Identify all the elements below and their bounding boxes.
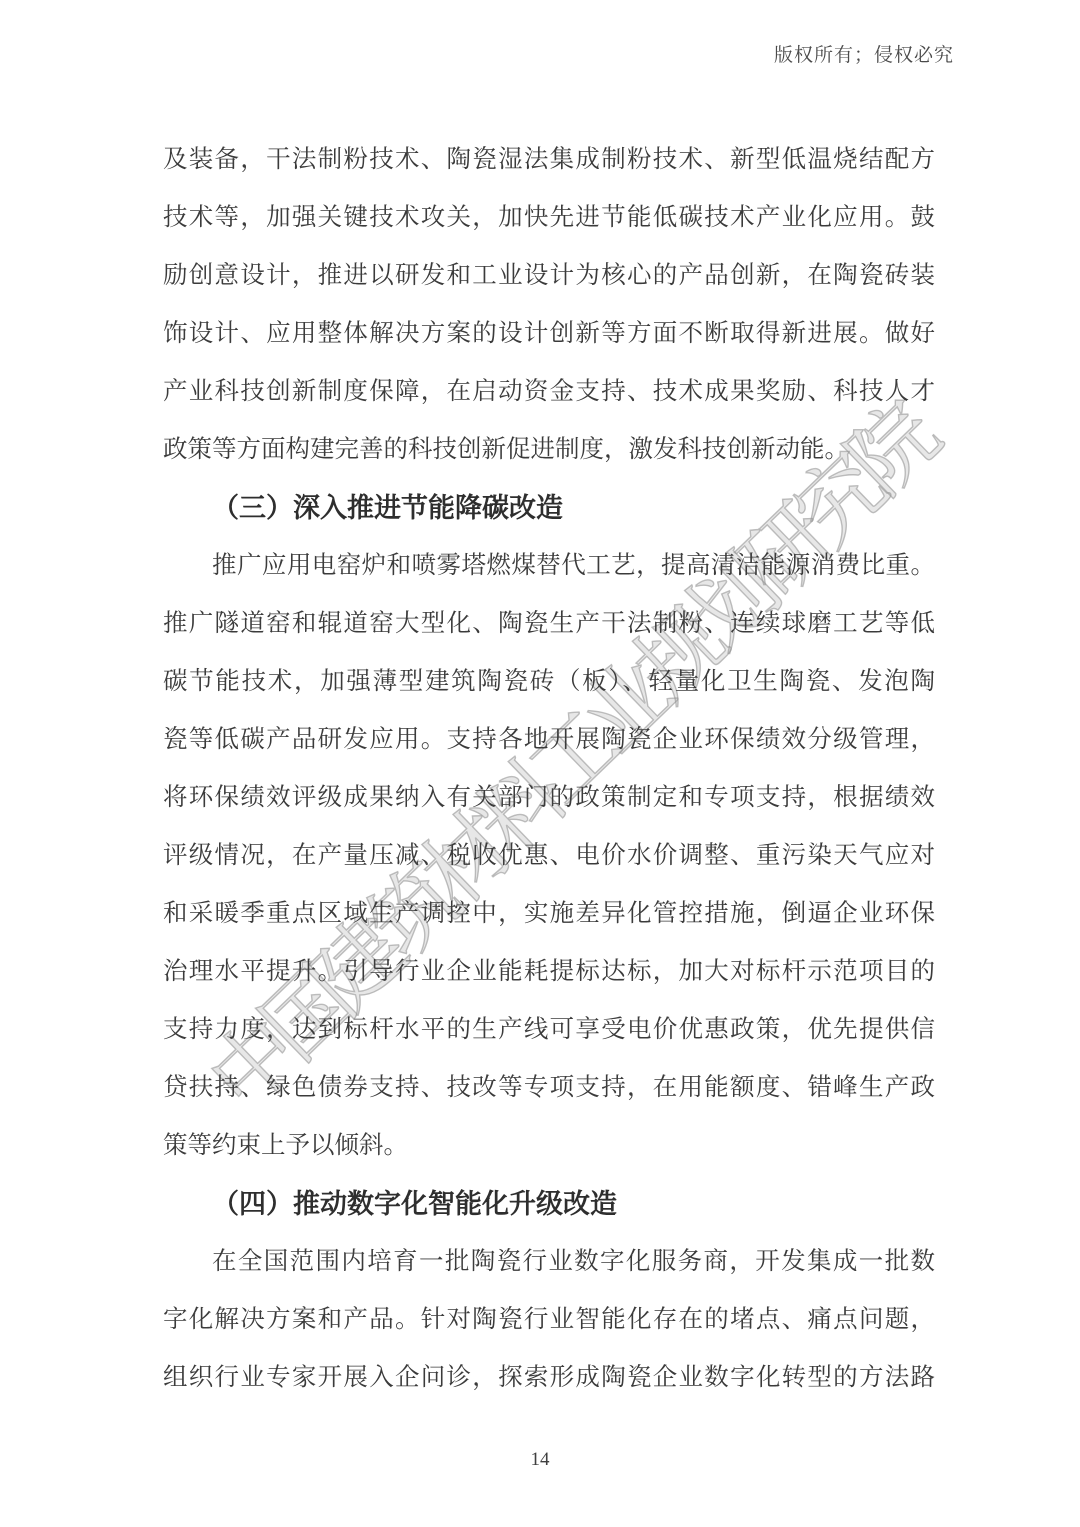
text-line: 策等约束上予以倾斜。 (163, 1117, 935, 1175)
text-line: 将环保绩效评级成果纳入有关部门的政策制定和专项支持，根据绩效 (163, 769, 935, 827)
text-line: 励创意设计，推进以研发和工业设计为核心的产品创新，在陶瓷砖装 (163, 247, 935, 305)
document-page: 版权所有；侵权必究 中国建筑材料工业规划研究院 及装备，干法制粉技术、陶瓷湿法集… (0, 0, 1080, 1527)
copyright-notice: 版权所有；侵权必究 (774, 40, 954, 67)
text-line: 产业科技创新制度保障，在启动资金支持、技术成果奖励、科技人才 (163, 363, 935, 421)
text-line: 贷扶持、绿色债券支持、技改等专项支持，在用能额度、错峰生产政 (163, 1059, 935, 1117)
section-heading-4: （四）推动数字化智能化升级改造 (163, 1175, 935, 1233)
text-line: 瓷等低碳产品研发应用。支持各地开展陶瓷企业环保绩效分级管理， (163, 711, 935, 769)
text-line: 评级情况，在产量压减、税收优惠、电价水价调整、重污染天气应对 (163, 827, 935, 885)
text-line: 推广隧道窑和辊道窑大型化、陶瓷生产干法制粉、连续球磨工艺等低 (163, 595, 935, 653)
text-line: 治理水平提升。引导行业企业能耗提标达标，加大对标杆示范项目的 (163, 943, 935, 1001)
text-line: 技术等，加强关键技术攻关，加快先进节能低碳技术产业化应用。鼓 (163, 189, 935, 247)
text-line: 在全国范围内培育一批陶瓷行业数字化服务商，开发集成一批数 (163, 1233, 935, 1291)
text-line: 政策等方面构建完善的科技创新促进制度，激发科技创新动能。 (163, 421, 935, 479)
section-heading-3: （三）深入推进节能降碳改造 (163, 479, 935, 537)
text-line: 碳节能技术，加强薄型建筑陶瓷砖（板）、轻量化卫生陶瓷、发泡陶 (163, 653, 935, 711)
page-number: 14 (0, 1449, 1080, 1471)
text-line: 推广应用电窑炉和喷雾塔燃煤替代工艺，提高清洁能源消费比重。 (163, 537, 935, 595)
document-body: 及装备，干法制粉技术、陶瓷湿法集成制粉技术、新型低温烧结配方 技术等，加强关键技… (163, 131, 935, 1407)
text-line: 支持力度，达到标杆水平的生产线可享受电价优惠政策，优先提供信 (163, 1001, 935, 1059)
text-line: 及装备，干法制粉技术、陶瓷湿法集成制粉技术、新型低温烧结配方 (163, 131, 935, 189)
text-line: 饰设计、应用整体解决方案的设计创新等方面不断取得新进展。做好 (163, 305, 935, 363)
text-line: 字化解决方案和产品。针对陶瓷行业智能化存在的堵点、痛点问题， (163, 1291, 935, 1349)
text-line: 和采暖季重点区域生产调控中，实施差异化管控措施，倒逼企业环保 (163, 885, 935, 943)
text-line: 组织行业专家开展入企问诊，探索形成陶瓷企业数字化转型的方法路 (163, 1349, 935, 1407)
